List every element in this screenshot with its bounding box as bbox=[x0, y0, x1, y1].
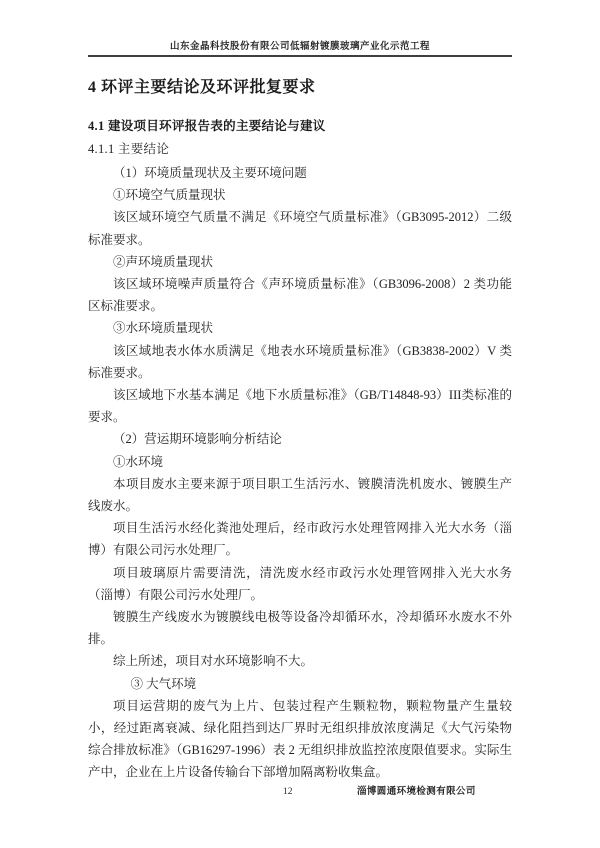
footer-company-name: 淄博圆通环境检测有限公司 bbox=[357, 786, 476, 798]
section-heading: 4.1 建设项目环评报告表的主要结论与建议 bbox=[88, 118, 512, 134]
body-paragraph: ①水环境 bbox=[88, 451, 512, 473]
body-paragraph: ③水环境质量现状 bbox=[88, 317, 512, 339]
body-paragraph: ②声环境质量现状 bbox=[88, 251, 512, 273]
body-paragraph: 本项目废水主要来源于项目职工生活污水、镀膜清洗机废水、镀膜生产线废水。 bbox=[88, 473, 512, 517]
body-paragraph: 该区域环境空气质量不满足《环境空气质量标准》（GB3095-2012）二级标准要… bbox=[88, 206, 512, 250]
body-paragraph: （1）环境质量现状及主要环境问题 bbox=[88, 162, 512, 184]
body-paragraph: 项目运营期的废气为上片、包装过程产生颗粒物，颗粒物量产生量较小，经过距离衰减、绿… bbox=[88, 695, 512, 784]
chapter-heading: 4 环评主要结论及环评批复要求 bbox=[88, 78, 512, 97]
document-page: 山东金晶科技股份有限公司低辐射镀膜玻璃产业化示范工程 4 环评主要结论及环评批复… bbox=[0, 0, 600, 848]
body-text: （1）环境质量现状及主要环境问题 ①环境空气质量现状 该区域环境空气质量不满足《… bbox=[88, 162, 512, 784]
body-paragraph: 该区域环境噪声质量符合《声环境质量标准》（GB3096-2008）2 类功能区标… bbox=[88, 273, 512, 317]
body-paragraph: 项目生活污水经化粪池处理后，经市政污水处理管网排入光大水务（淄博）有限公司污水处… bbox=[88, 517, 512, 561]
body-paragraph: 镀膜生产线废水为镀膜线电极等设备冷却循环水，冷却循环水废水不外排。 bbox=[88, 606, 512, 650]
page-content: 4 环评主要结论及环评批复要求 4.1 建设项目环评报告表的主要结论与建议 4.… bbox=[88, 0, 512, 784]
body-paragraph: 该区域地表水体水质满足《地表水环境质量标准》（GB3838-2002）V 类标准… bbox=[88, 340, 512, 384]
body-paragraph: 该区域地下水基本满足《地下水质量标准》（GB/T14848-93）III类标准的… bbox=[88, 384, 512, 428]
body-paragraph: ①环境空气质量现状 bbox=[88, 184, 512, 206]
page-number: 12 bbox=[283, 786, 293, 798]
page-footer: 12 淄博圆通环境检测有限公司 bbox=[88, 786, 512, 800]
body-paragraph: 项目玻璃原片需要清洗，清洗废水经市政污水处理管网排入光大水务（淄博）有限公司污水… bbox=[88, 562, 512, 606]
body-paragraph: ③ 大气环境 bbox=[88, 673, 512, 695]
body-paragraph: （2）营运期环境影响分析结论 bbox=[88, 428, 512, 450]
subsection-heading: 4.1.1 主要结论 bbox=[88, 141, 512, 157]
body-paragraph: 综上所述，项目对水环境影响不大。 bbox=[88, 650, 512, 672]
